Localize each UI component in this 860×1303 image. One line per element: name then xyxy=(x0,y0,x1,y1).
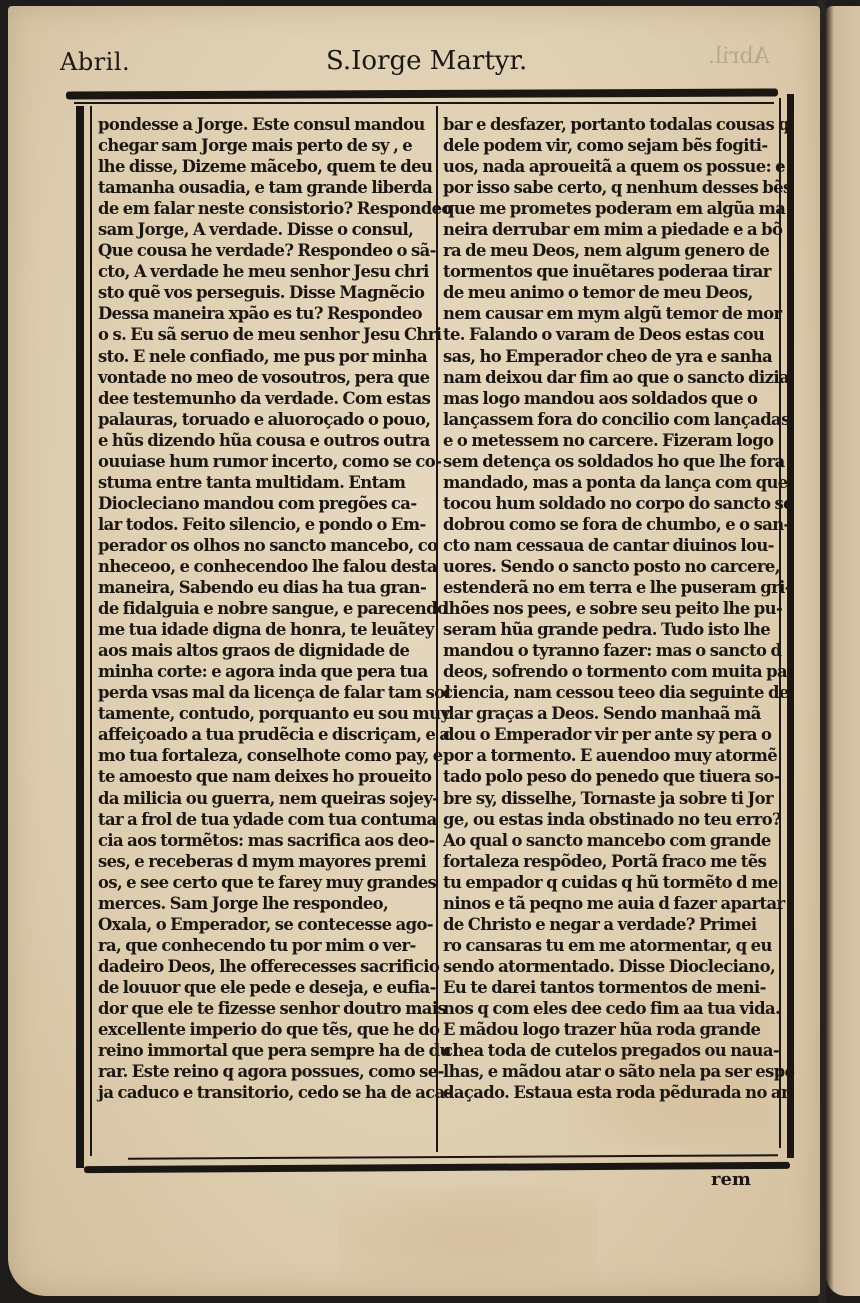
text-line: te. Falando o varam de Deos estas cou xyxy=(443,324,775,345)
text-line: uores. Sendo o sancto posto no carcere, xyxy=(443,556,775,577)
text-line: sendo atormentado. Disse Diocleciano, xyxy=(443,956,775,977)
left-border-rule xyxy=(76,106,84,1168)
text-line: palauras, toruado e aluoroçado o pouo, xyxy=(98,409,430,430)
text-line: Oxala, o Emperador, se contecesse ago- xyxy=(98,914,430,935)
top-inner-rule xyxy=(74,102,774,104)
text-line: de em falar neste consistorio? Respondeo xyxy=(98,198,430,219)
text-line: excellente imperio do que tẽs, que he do xyxy=(98,1019,430,1040)
book-page: Abril. S.Iorge Martyr. Abril. pondesse a… xyxy=(8,6,820,1296)
text-line: ge, ou estas inda obstinado no teu erro? xyxy=(443,809,775,830)
text-line: seram hũa grande pedra. Tudo isto lhe xyxy=(443,619,775,640)
column-divider xyxy=(436,106,438,1152)
water-stain xyxy=(338,1186,598,1286)
running-header: Abril. S.Iorge Martyr. Abril. xyxy=(8,44,820,84)
text-line: sam Jorge, A verdade. Disse o consul, xyxy=(98,219,430,240)
text-line: chea toda de cutelos pregados ou naua- xyxy=(443,1040,775,1061)
text-line: o s. Eu sã seruo de meu senhor Jesu Chri xyxy=(98,324,430,345)
facing-page-edge xyxy=(826,6,860,1296)
text-line: merces. Sam Jorge lhe respondeo, xyxy=(98,893,430,914)
text-line: sas, ho Emperador cheo de yra e sanha xyxy=(443,346,775,367)
text-line: tado polo peso do penedo que tiuera so- xyxy=(443,766,775,787)
text-line: ro cansaras tu em me atormentar, q eu xyxy=(443,935,775,956)
text-line: minha corte: e agora inda que pera tua xyxy=(98,661,430,682)
text-line: de Christo e negar a verdade? Primei xyxy=(443,914,775,935)
text-line: lhões nos pees, e sobre seu peito lhe pu… xyxy=(443,598,775,619)
text-line: Diocleciano mandou com pregões ca- xyxy=(98,493,430,514)
text-column-left: pondesse a Jorge. Este consul mandoucheg… xyxy=(98,114,430,1103)
text-line: bre sy, disselhe, Tornaste ja sobre ti J… xyxy=(443,788,775,809)
text-line: cto, A verdade he meu senhor Jesu chri xyxy=(98,261,430,282)
text-line: bar e desfazer, portanto todalas cousas … xyxy=(443,114,775,135)
text-line: me tua idade digna de honra, te leuãtey xyxy=(98,619,430,640)
text-line: vontade no meo de vosoutros, pera que xyxy=(98,367,430,388)
text-line: tocou hum soldado no corpo do sancto se xyxy=(443,493,775,514)
text-line: lançassem fora do concilio com lançadas xyxy=(443,409,775,430)
header-month: Abril. xyxy=(60,48,130,76)
text-line: affeiçoado a tua prudẽcia e discriçam, e… xyxy=(98,724,430,745)
bottom-border-rule xyxy=(84,1162,790,1173)
text-line: Que cousa he verdade? Respondeo o sã- xyxy=(98,240,430,261)
text-line: dadeiro Deos, lhe offerecesses sacrifici… xyxy=(98,956,430,977)
text-line: te amoesto que nam deixes ho proueito xyxy=(98,766,430,787)
text-line: tamente, contudo, porquanto eu sou muy xyxy=(98,703,430,724)
text-line: tar a frol de tua ydade com tua contuma xyxy=(98,809,430,830)
text-line: ja caduco e transitorio, cedo se ha de a… xyxy=(98,1082,430,1103)
right-border-rule xyxy=(787,94,794,1158)
text-line: Dessa maneira xpão es tu? Respondeo xyxy=(98,303,430,324)
text-line: sto quẽ vos perseguis. Disse Magnẽcio xyxy=(98,282,430,303)
text-line: de fidalguia e nobre sangue, e parecendo xyxy=(98,598,430,619)
text-line: neira derrubar em mim a piedade e a bõ xyxy=(443,219,775,240)
text-line: dee testemunho da verdade. Com estas xyxy=(98,388,430,409)
text-line: lhe disse, Dizeme mãcebo, quem te deu xyxy=(98,156,430,177)
text-line: ouuiase hum rumor incerto, como se co- xyxy=(98,451,430,472)
left-inner-rule xyxy=(90,106,92,1156)
text-line: pondesse a Jorge. Este consul mandou xyxy=(98,114,430,135)
text-column-right: bar e desfazer, portanto todalas cousas … xyxy=(443,114,775,1103)
text-line: stuma entre tanta multidam. Entam xyxy=(98,472,430,493)
text-line: aos mais altos graos de dignidade de xyxy=(98,640,430,661)
text-line: dor que ele te fizesse senhor doutro mai… xyxy=(98,998,430,1019)
text-line: mandou o tyranno fazer: mas o sancto d xyxy=(443,640,775,661)
text-line: dobrou como se fora de chumbo, e o san- xyxy=(443,514,775,535)
text-line: perda vsas mal da licença de falar tam s… xyxy=(98,682,430,703)
text-line: lar todos. Feito silencio, e pondo o Em- xyxy=(98,514,430,535)
right-inner-rule xyxy=(779,98,781,1148)
text-line: os, e see certo que te farey muy grandes xyxy=(98,872,430,893)
text-line: Eu te darei tantos tormentos de meni- xyxy=(443,977,775,998)
text-line: dar graças a Deos. Sendo manhaã mã xyxy=(443,703,775,724)
text-line: uos, nada aproueitã a quem os possue: e xyxy=(443,156,775,177)
text-line: rar. Este reino q agora possues, como se… xyxy=(98,1061,430,1082)
text-line: nem causar em mym algũ temor de mor xyxy=(443,303,775,324)
text-line: nos q com eles dee cedo fim aa tua vida. xyxy=(443,998,775,1019)
text-line: ra, que conhecendo tu por mim o ver- xyxy=(98,935,430,956)
text-line: ses, e receberas d mym mayores premi xyxy=(98,851,430,872)
header-bleed-through: Abril. xyxy=(708,44,770,69)
text-line: dele podem vir, como sejam bẽs fogiti- xyxy=(443,135,775,156)
text-line: de louuor que ele pede e deseja, e eufia… xyxy=(98,977,430,998)
text-line: que me prometes poderam em algũa ma xyxy=(443,198,775,219)
header-title: S.Iorge Martyr. xyxy=(326,46,527,76)
text-line: nam deixou dar fim ao que o sancto dizia xyxy=(443,367,775,388)
text-line: por a tormento. E auendoo muy atormẽ xyxy=(443,745,775,766)
top-border-rule xyxy=(66,88,778,99)
text-line: deos, sofrendo o tormento com muita pa xyxy=(443,661,775,682)
text-line: chegar sam Jorge mais perto de sy , e xyxy=(98,135,430,156)
text-line: tu empador q cuidas q hũ tormẽto d me xyxy=(443,872,775,893)
text-line: ciencia, nam cessou teeo dia seguinte de xyxy=(443,682,775,703)
text-line: por isso sabe certo, q nenhum desses bẽs xyxy=(443,177,775,198)
text-line: cia aos tormẽtos: mas sacrifica aos deo- xyxy=(98,830,430,851)
text-line: tamanha ousadia, e tam grande liberda xyxy=(98,177,430,198)
text-line: reino immortal que pera sempre ha de du xyxy=(98,1040,430,1061)
text-line: daçado. Estaua esta roda pẽdurada no ar xyxy=(443,1082,775,1103)
text-line: fortaleza respõdeo, Portã fraco me tẽs xyxy=(443,851,775,872)
text-line: cto nam cessaua de cantar diuinos lou- xyxy=(443,535,775,556)
text-line: E mãdou logo trazer hũa roda grande xyxy=(443,1019,775,1040)
catchword: rem xyxy=(711,1169,751,1190)
text-line: de meu animo o temor de meu Deos, xyxy=(443,282,775,303)
text-line: sem detença os soldados ho que lhe fora xyxy=(443,451,775,472)
text-line: dou o Emperador vir per ante sy pera o xyxy=(443,724,775,745)
bottom-inner-rule xyxy=(128,1154,778,1159)
text-line: mas logo mandou aos soldados que o xyxy=(443,388,775,409)
text-line: maneira, Sabendo eu dias ha tua gran- xyxy=(98,577,430,598)
text-line: e hũs dizendo hũa cousa e outros outra xyxy=(98,430,430,451)
text-line: mo tua fortaleza, conselhote como pay, e xyxy=(98,745,430,766)
text-line: lhas, e mãdou atar o sãto nela pa ser es… xyxy=(443,1061,775,1082)
text-line: estenderã no em terra e lhe puseram gri- xyxy=(443,577,775,598)
text-line: sto. E nele confiado, me pus por minha xyxy=(98,346,430,367)
text-line: perador os olhos no sancto mancebo, co xyxy=(98,535,430,556)
text-line: ninos e tã peqno me auia d fazer apartar xyxy=(443,893,775,914)
text-line: ra de meu Deos, nem algum genero de xyxy=(443,240,775,261)
text-line: mandado, mas a ponta da lança com que xyxy=(443,472,775,493)
text-line: nheceoo, e conhecendoo lhe falou desta xyxy=(98,556,430,577)
text-line: da milicia ou guerra, nem queiras sojey- xyxy=(98,788,430,809)
text-line: e o metessem no carcere. Fizeram logo xyxy=(443,430,775,451)
text-line: Ao qual o sancto mancebo com grande xyxy=(443,830,775,851)
text-line: tormentos que inuẽtares poderaa tirar xyxy=(443,261,775,282)
